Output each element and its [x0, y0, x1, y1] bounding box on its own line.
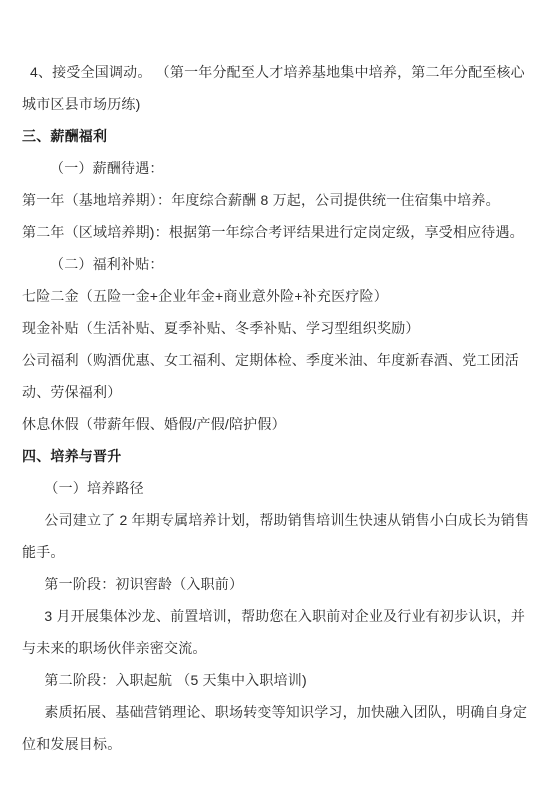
paragraph-stage2-title: 第二阶段：入职起航 （5 天集中入职培训): [22, 664, 532, 696]
paragraph-cash-subsidies: 现金补贴（生活补贴、夏季补贴、冬季补贴、学习型组织奖励）: [22, 312, 532, 344]
subheading-training-path: （一）培养路径: [22, 472, 532, 504]
document-page: 4、接受全国调动。 （第一年分配至人才培养基地集中培养，第二年分配至核心城市区县…: [0, 0, 550, 807]
paragraph-training-plan: 公司建立了 2 年期专属培养计划，帮助销售培训生快速从销售小白成长为销售能手。: [22, 504, 532, 568]
subheading-salary-treatment: （一）薪酬待遇：: [22, 152, 532, 184]
paragraph-year2-salary: 第二年（区域培养期)：根据第一年综合考评结果进行定岗定级，享受相应待遇。: [22, 216, 532, 248]
paragraph-transfer-clause: 4、接受全国调动。 （第一年分配至人才培养基地集中培养，第二年分配至核心城市区县…: [22, 56, 532, 120]
paragraph-rest-leave: 休息休假（带薪年假、婚假/产假/陪护假）: [22, 408, 532, 440]
paragraph-stage1-description: 3 月开展集体沙龙、前置培训，帮助您在入职前对企业及行业有初步认识，并与未来的职…: [22, 600, 532, 664]
paragraph-year1-salary: 第一年（基地培养期）：年度综合薪酬 8 万起，公司提供统一住宿集中培养。: [22, 184, 532, 216]
paragraph-stage1-title: 第一阶段：初识窖龄（入职前）: [22, 568, 532, 600]
subheading-welfare-subsidies: （二）福利补贴：: [22, 248, 532, 280]
paragraph-stage2-description: 素质拓展、基础营销理论、职场转变等知识学习，加快融入团队，明确自身定位和发展目标…: [22, 696, 532, 760]
document-body: 4、接受全国调动。 （第一年分配至人才培养基地集中培养，第二年分配至核心城市区县…: [0, 0, 550, 760]
heading-section-3-salary-benefits: 三、薪酬福利: [22, 120, 532, 152]
heading-section-4-training-promotion: 四、培养与晋升: [22, 440, 532, 472]
paragraph-insurance-funds: 七险二金（五险一金+企业年金+商业意外险+补充医疗险）: [22, 280, 532, 312]
paragraph-company-welfare: 公司福利（购酒优惠、女工福利、定期体检、季度米油、年度新春酒、党工团活动、劳保福…: [22, 344, 532, 408]
